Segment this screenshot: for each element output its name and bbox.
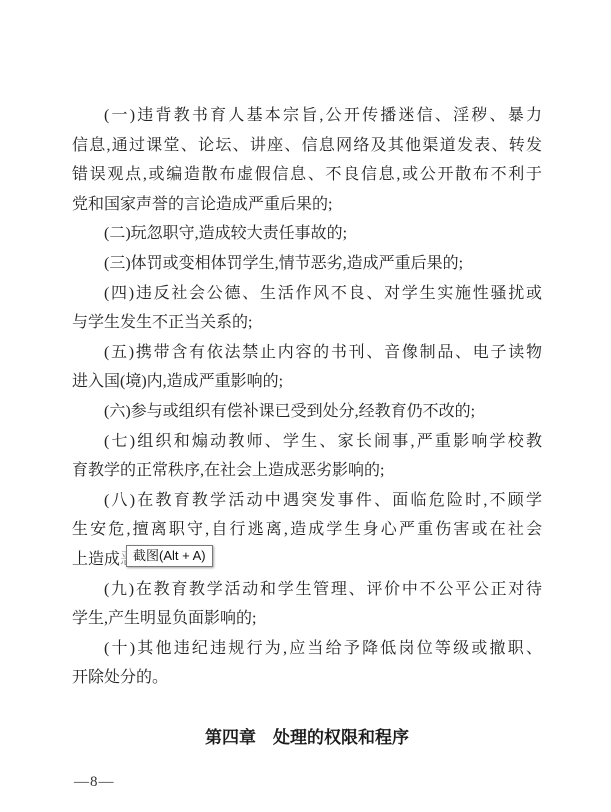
text-line: (五)携带含有依法禁止内容的书刊、音像制品、电子读物 — [72, 338, 542, 368]
paragraph-item-6: (六)参与或组织有偿补课已受到处分,经教育仍不改的; — [72, 397, 542, 427]
text-line: (一)违背教书育人基本宗旨,公开传播迷信、淫秽、暴力 — [72, 101, 542, 131]
text-line: (六)参与或组织有偿补课已受到处分,经教育仍不改的; — [72, 397, 542, 427]
paragraph-item-7: (七)组织和煽动教师、学生、家长闹事,严重影响学校教 育教学的正常秩序,在社会上… — [72, 427, 542, 486]
text-line: (四)违反社会公德、生活作风不良、对学生实施性骚扰或 — [72, 279, 542, 309]
text-line: 进入国(境)内,造成严重影响的; — [72, 367, 542, 397]
paragraph-item-3: (三)体罚或变相体罚学生,情节恶劣,造成严重后果的; — [72, 249, 542, 279]
text-line: 信息,通过课堂、论坛、讲座、信息网络及其他渠道发表、转发 — [72, 131, 542, 161]
document-page: { "document": { "paragraphs": [ { "lines… — [0, 0, 611, 812]
screenshot-tooltip: 截图(Alt + A) — [126, 545, 213, 567]
text-line: 开除处分的。 — [72, 663, 542, 693]
paragraph-item-4: (四)违反社会公德、生活作风不良、对学生实施性骚扰或 与学生发生不正当关系的; — [72, 279, 542, 338]
paragraph-item-10: (十)其他违纪违规行为,应当给予降低岗位等级或撤职、 开除处分的。 — [72, 634, 542, 693]
text-fragment: 上造成 — [72, 551, 120, 568]
text-line: (七)组织和煽动教师、学生、家长闹事,严重影响学校教 — [72, 427, 542, 457]
text-line: (九)在教育教学活动和学生管理、评价中不公平公正对待 — [72, 575, 542, 605]
text-line: 学生,产生明显负面影响的; — [72, 604, 542, 634]
paragraph-item-2: (二)玩忽职守,造成较大责任事故的; — [72, 219, 542, 249]
text-line: 错误观点,或编造散布虚假信息、不良信息,或公开散布不利于 — [72, 160, 542, 190]
text-line: (十)其他违纪违规行为,应当给予降低岗位等级或撤职、 — [72, 634, 542, 664]
text-line: 育教学的正常秩序,在社会上造成恶劣影响的; — [72, 456, 542, 486]
text-line: 与学生发生不正当关系的; — [72, 308, 542, 338]
text-line: (八)在教育教学活动中遇突发事件、面临危险时,不顾学 — [72, 486, 542, 516]
chapter-heading: 第四章 处理的权限和程序 — [72, 723, 542, 753]
text-line: 党和国家声誉的言论造成严重后果的; — [72, 190, 542, 220]
document-body: (一)违背教书育人基本宗旨,公开传播迷信、淫秽、暴力 信息,通过课堂、论坛、讲座… — [72, 101, 542, 752]
page-number: —8— — [74, 774, 115, 791]
paragraph-item-5: (五)携带含有依法禁止内容的书刊、音像制品、电子读物 进入国(境)内,造成严重影… — [72, 338, 542, 397]
paragraph-item-1: (一)违背教书育人基本宗旨,公开传播迷信、淫秽、暴力 信息,通过课堂、论坛、讲座… — [72, 101, 542, 219]
screenshot-tooltip-label: 截图(Alt + A) — [133, 548, 206, 563]
paragraph-item-9: (九)在教育教学活动和学生管理、评价中不公平公正对待 学生,产生明显负面影响的; — [72, 575, 542, 634]
text-line: (三)体罚或变相体罚学生,情节恶劣,造成严重后果的; — [72, 249, 542, 279]
text-line: 生安危,擅离职守,自行逃离,造成学生身心严重伤害或在社会 — [72, 515, 542, 545]
text-line: (二)玩忽职守,造成较大责任事故的; — [72, 219, 542, 249]
